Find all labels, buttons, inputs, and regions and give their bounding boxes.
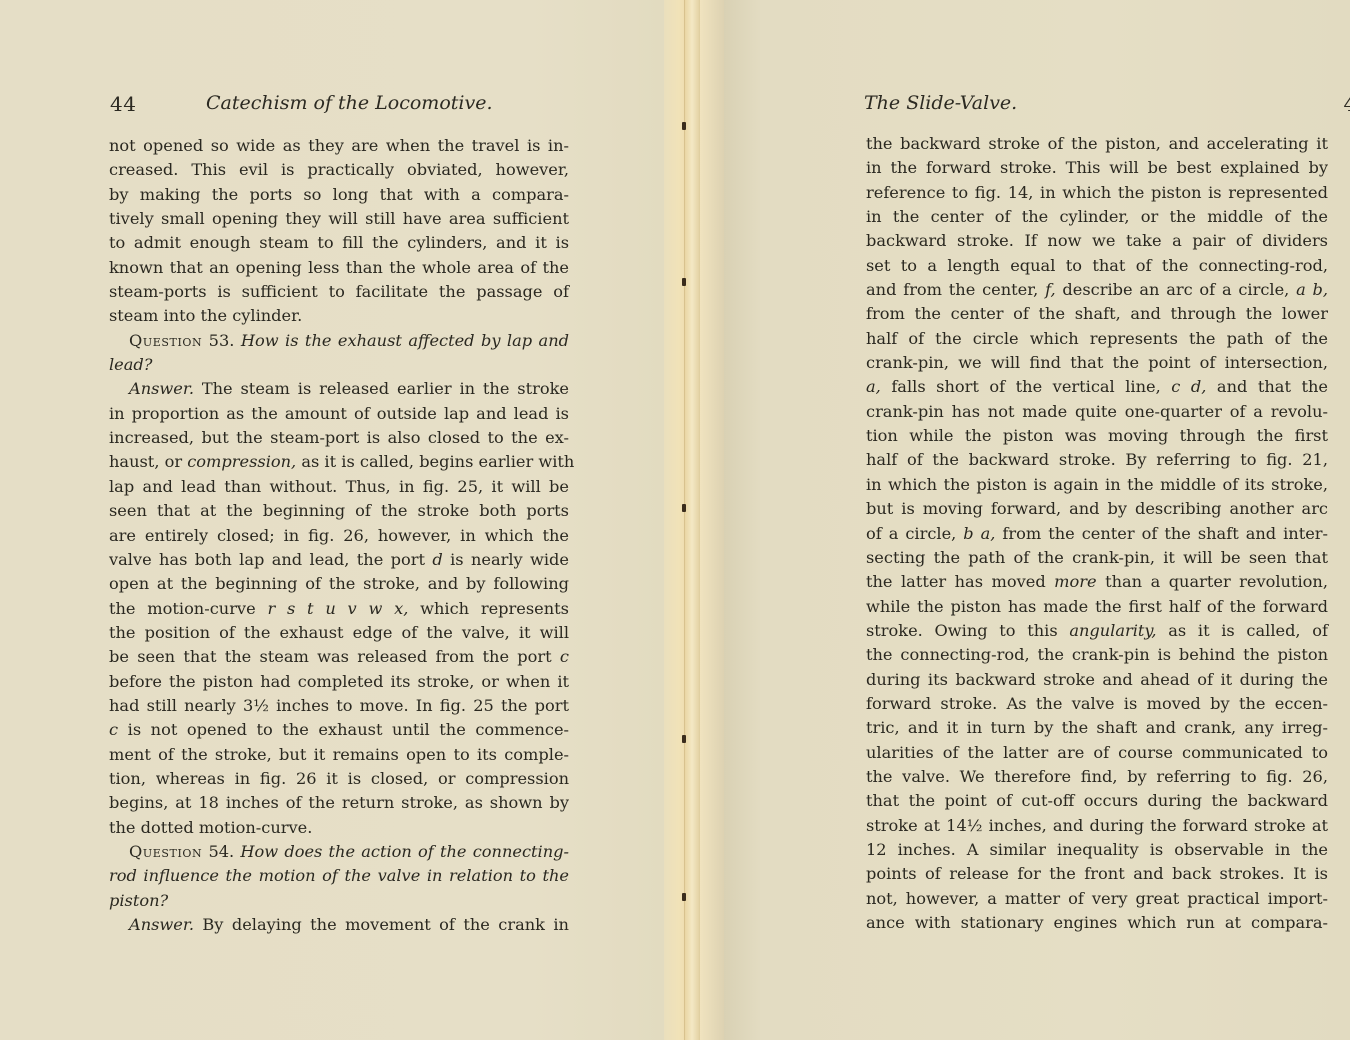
- text-line: Question 53. How is the exhaust affected…: [109, 329, 569, 353]
- text-line: ment of the stroke, but it remains open …: [109, 743, 569, 767]
- question-text: How is the exhaust affected by lap and: [241, 331, 569, 350]
- text-line: before the piston had completed its stro…: [109, 670, 569, 694]
- italic-term: c: [560, 647, 569, 666]
- italic-term: c d,: [1171, 377, 1206, 396]
- binding-stitch: [682, 278, 686, 286]
- text-line: in the center of the cylinder, or the mi…: [866, 205, 1328, 229]
- text-line: creased. This evil is practically obviat…: [109, 158, 569, 182]
- text-line: half of the circle which represents the …: [866, 327, 1328, 351]
- answer-label: Answer.: [129, 379, 194, 398]
- italic-term: c: [109, 720, 118, 739]
- italic-term: f,: [1045, 280, 1056, 299]
- text-line: crank-pin has not made quite one-quarter…: [866, 400, 1328, 424]
- text-line: but is moving forward, and by describing…: [866, 497, 1328, 521]
- text-line: from the center of the shaft, and throug…: [866, 302, 1328, 326]
- text-line: the position of the exhaust edge of the …: [109, 621, 569, 645]
- text-line: the latter has moved more than a quarter…: [866, 570, 1328, 594]
- text-line: during its backward stroke and ahead of …: [866, 668, 1328, 692]
- text-line: steam-ports is sufficient to facilitate …: [109, 280, 569, 304]
- book-spread: 44 Catechism of the Locomotive. not open…: [0, 0, 1350, 1040]
- text-line: that the point of cut-off occurs during …: [866, 789, 1328, 813]
- text-line: Question 54. How does the action of the …: [109, 840, 569, 864]
- text-line: crank-pin, we will find that the point o…: [866, 351, 1328, 375]
- text-line: stroke. Owing to this angularity, as it …: [866, 619, 1328, 643]
- text-line: the connecting-rod, the crank-pin is beh…: [866, 643, 1328, 667]
- text-line: had still nearly 3½ inches to move. In f…: [109, 694, 569, 718]
- text-line: lap and lead than without. Thus, in fig.…: [109, 475, 569, 499]
- text-line: ularities of the latter are of course co…: [866, 741, 1328, 765]
- binding-stitch: [682, 735, 686, 743]
- italic-term: angularity,: [1069, 621, 1156, 640]
- text-line: reference to fig. 14, in which the pisto…: [866, 181, 1328, 205]
- italic-term: more: [1054, 572, 1096, 591]
- left-page: 44 Catechism of the Locomotive. not open…: [0, 0, 664, 1040]
- text-line: not opened so wide as they are when the …: [109, 134, 569, 158]
- running-head: Catechism of the Locomotive.: [206, 92, 493, 114]
- text-line: backward stroke. If now we take a pair o…: [866, 229, 1328, 253]
- text-line: a, falls short of the vertical line, c d…: [866, 375, 1328, 399]
- italic-term: d: [432, 550, 442, 569]
- gutter-fold: [684, 0, 700, 1040]
- text-line: rod influence the motion of the valve in…: [109, 864, 569, 888]
- text-line: forward stroke. As the valve is moved by…: [866, 692, 1328, 716]
- text-line: and from the center, f, describe an arc …: [866, 278, 1328, 302]
- text-line: not, however, a matter of very great pra…: [866, 887, 1328, 911]
- italic-term: compression,: [187, 452, 296, 471]
- binding-stitch: [682, 122, 686, 130]
- text-line: tion, whereas in fig. 26 it is closed, o…: [109, 767, 569, 791]
- text-line: increased, but the steam-port is also cl…: [109, 426, 569, 450]
- text-line: by making the ports so long that with a …: [109, 183, 569, 207]
- text-line: the valve. We therefore find, by referri…: [866, 765, 1328, 789]
- text-line: the motion-curve r s t u v w x, which re…: [109, 597, 569, 621]
- text-line: secting the path of the crank-pin, it wi…: [866, 546, 1328, 570]
- text-line: are entirely closed; in fig. 26, however…: [109, 524, 569, 548]
- italic-term: a,: [866, 377, 881, 396]
- text-line: seen that at the beginning of the stroke…: [109, 499, 569, 523]
- text-line: tively small opening they will still hav…: [109, 207, 569, 231]
- text-line: in proportion as the amount of outside l…: [109, 402, 569, 426]
- text-line: while the piston has made the first half…: [866, 595, 1328, 619]
- right-page: The Slide-Valve. 45 the backward stroke …: [724, 0, 1350, 1040]
- text-line: 12 inches. A similar inequality is obser…: [866, 838, 1328, 862]
- text-line: the backward stroke of the piston, and a…: [866, 132, 1328, 156]
- text-line: points of release for the front and back…: [866, 862, 1328, 886]
- book-gutter: [664, 0, 724, 1040]
- text-line: the dotted motion-curve.: [109, 816, 569, 840]
- text-line: lead?: [109, 353, 569, 377]
- text-line: steam into the cylinder.: [109, 304, 569, 328]
- italic-term: b a,: [963, 524, 995, 543]
- text-line: open at the beginning of the stroke, and…: [109, 572, 569, 596]
- question-text: rod influence the motion of the valve in…: [109, 866, 569, 885]
- running-head: The Slide-Valve.: [864, 92, 1017, 114]
- text-line: stroke at 14½ inches, and during the for…: [866, 814, 1328, 838]
- text-line: of a circle, b a, from the center of the…: [866, 522, 1328, 546]
- question-text: lead?: [109, 355, 152, 374]
- right-page-body: the backward stroke of the piston, and a…: [866, 132, 1328, 935]
- left-page-body: not opened so wide as they are when the …: [109, 134, 569, 937]
- text-line: to admit enough steam to fill the cylind…: [109, 231, 569, 255]
- text-line: haust, or compression, as it is called, …: [109, 450, 569, 474]
- text-line: in which the piston is again in the midd…: [866, 473, 1328, 497]
- italic-term: a b,: [1296, 280, 1328, 299]
- text-line: ance with stationary engines which run a…: [866, 911, 1328, 935]
- page-number: 44: [110, 92, 136, 116]
- question-label: Question: [129, 331, 202, 350]
- binding-stitch: [682, 504, 686, 512]
- text-line: valve has both lap and lead, the port d …: [109, 548, 569, 572]
- text-line: c is not opened to the exhaust until the…: [109, 718, 569, 742]
- text-line: set to a length equal to that of the con…: [866, 254, 1328, 278]
- text-line: tion while the piston was moving through…: [866, 424, 1328, 448]
- text-line: piston?: [109, 889, 569, 913]
- text-line: tric, and it in turn by the shaft and cr…: [866, 716, 1328, 740]
- page-number: 45: [1344, 92, 1350, 116]
- italic-term: r s t u v w x,: [267, 599, 408, 618]
- text-line: be seen that the steam was released from…: [109, 645, 569, 669]
- answer-label: Answer.: [129, 915, 194, 934]
- binding-stitch: [682, 893, 686, 901]
- question-label: Question: [129, 842, 202, 861]
- text-line: in the forward stroke. This will be best…: [866, 156, 1328, 180]
- text-line: half of the backward stroke. By referrin…: [866, 448, 1328, 472]
- question-text: piston?: [109, 891, 168, 910]
- text-line: Answer. The steam is released earlier in…: [109, 377, 569, 401]
- question-text: How does the action of the connecting-: [240, 842, 569, 861]
- text-line: known that an opening less than the whol…: [109, 256, 569, 280]
- text-line: Answer. By delaying the movement of the …: [109, 913, 569, 937]
- text-line: begins, at 18 inches of the return strok…: [109, 791, 569, 815]
